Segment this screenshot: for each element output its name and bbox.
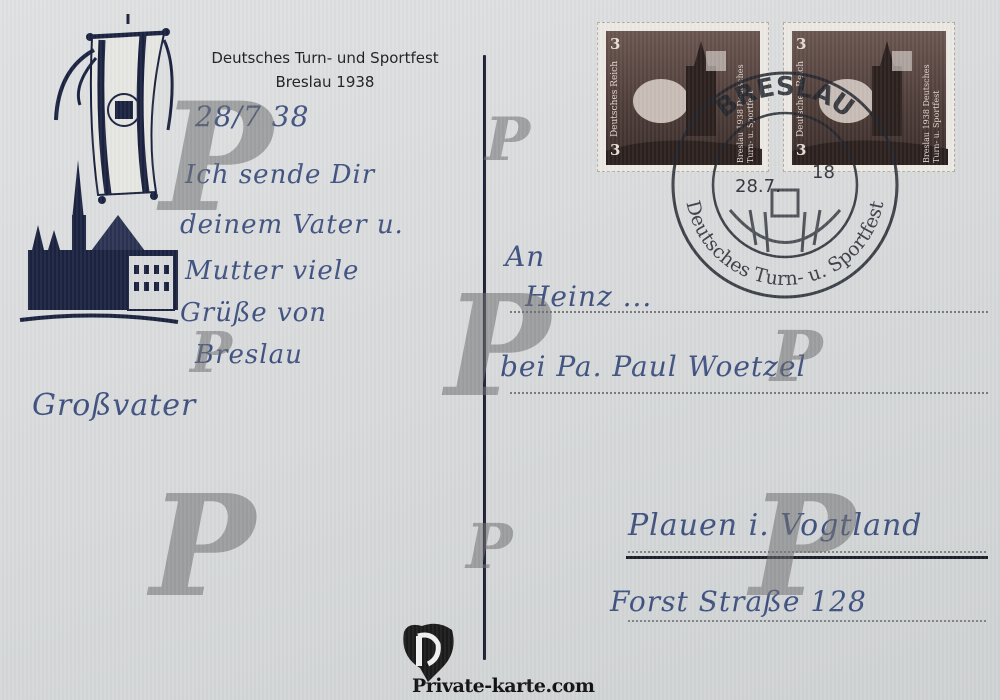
postmark-ring-text: Deutsches Turn- u. Sportfest [681, 198, 888, 290]
address-care-of: bei Pa. Paul Woetzel [500, 350, 806, 383]
message-line: Breslau [195, 340, 303, 370]
watermark-logo-icon: P [466, 510, 513, 583]
message-date: 28/7 38 [195, 100, 309, 133]
header-event-title: Deutsches Turn- und Sportfest [190, 46, 460, 70]
postcard-header: Deutsches Turn- und Sportfest Breslau 19… [190, 46, 460, 94]
stamp-caption: Breslau 1938 Deutsches Turn- u. Sportfes… [922, 53, 942, 163]
center-divider-line [483, 55, 486, 660]
postmark-date: 28.7. [735, 176, 781, 197]
city-underline [626, 556, 988, 559]
message-signature: Großvater [32, 388, 196, 423]
stamp-country-text: Deutsches Reich [610, 61, 620, 137]
stamp-value-top: 3 [610, 35, 620, 53]
postmark-city: BRESLAU [710, 72, 859, 124]
svg-text:Deutsches Turn- u. Sportfest: Deutsches Turn- u. Sportfest [681, 198, 888, 290]
message-line: Grüße von [180, 298, 327, 328]
svg-text:BRESLAU: BRESLAU [710, 72, 859, 124]
header-event-place-year: Breslau 1938 [190, 70, 460, 94]
address-city: Plauen i. Vogtland [628, 508, 923, 543]
message-line: Mutter viele [185, 256, 359, 286]
watermark-logo-icon: P [150, 465, 255, 629]
watermark-logo-icon: P [485, 105, 530, 175]
address-line-3 [628, 551, 986, 553]
postmark-cancellation: BRESLAU Deutsches Turn- u. Sportfest 28.… [660, 60, 910, 310]
address-salutation: An [505, 240, 545, 273]
postcard: Deutsches Turn- und Sportfest Breslau 19… [0, 0, 1000, 700]
address-street: Forst Straße 128 [610, 585, 867, 618]
banner-and-town-hall-illustration [18, 10, 183, 330]
address-line-2 [510, 392, 988, 394]
stamp-value-top: 3 [796, 35, 806, 53]
message-line: deinem Vater u. [180, 210, 404, 240]
postmark-hour: 18 [812, 162, 835, 183]
address-name: Heinz ... [525, 280, 652, 313]
site-watermark-text: Private-karte.com [412, 675, 594, 697]
stamp-value-bottom: 3 [610, 141, 620, 159]
message-line: Ich sende Dir [185, 160, 375, 190]
address-line-4 [628, 620, 986, 622]
